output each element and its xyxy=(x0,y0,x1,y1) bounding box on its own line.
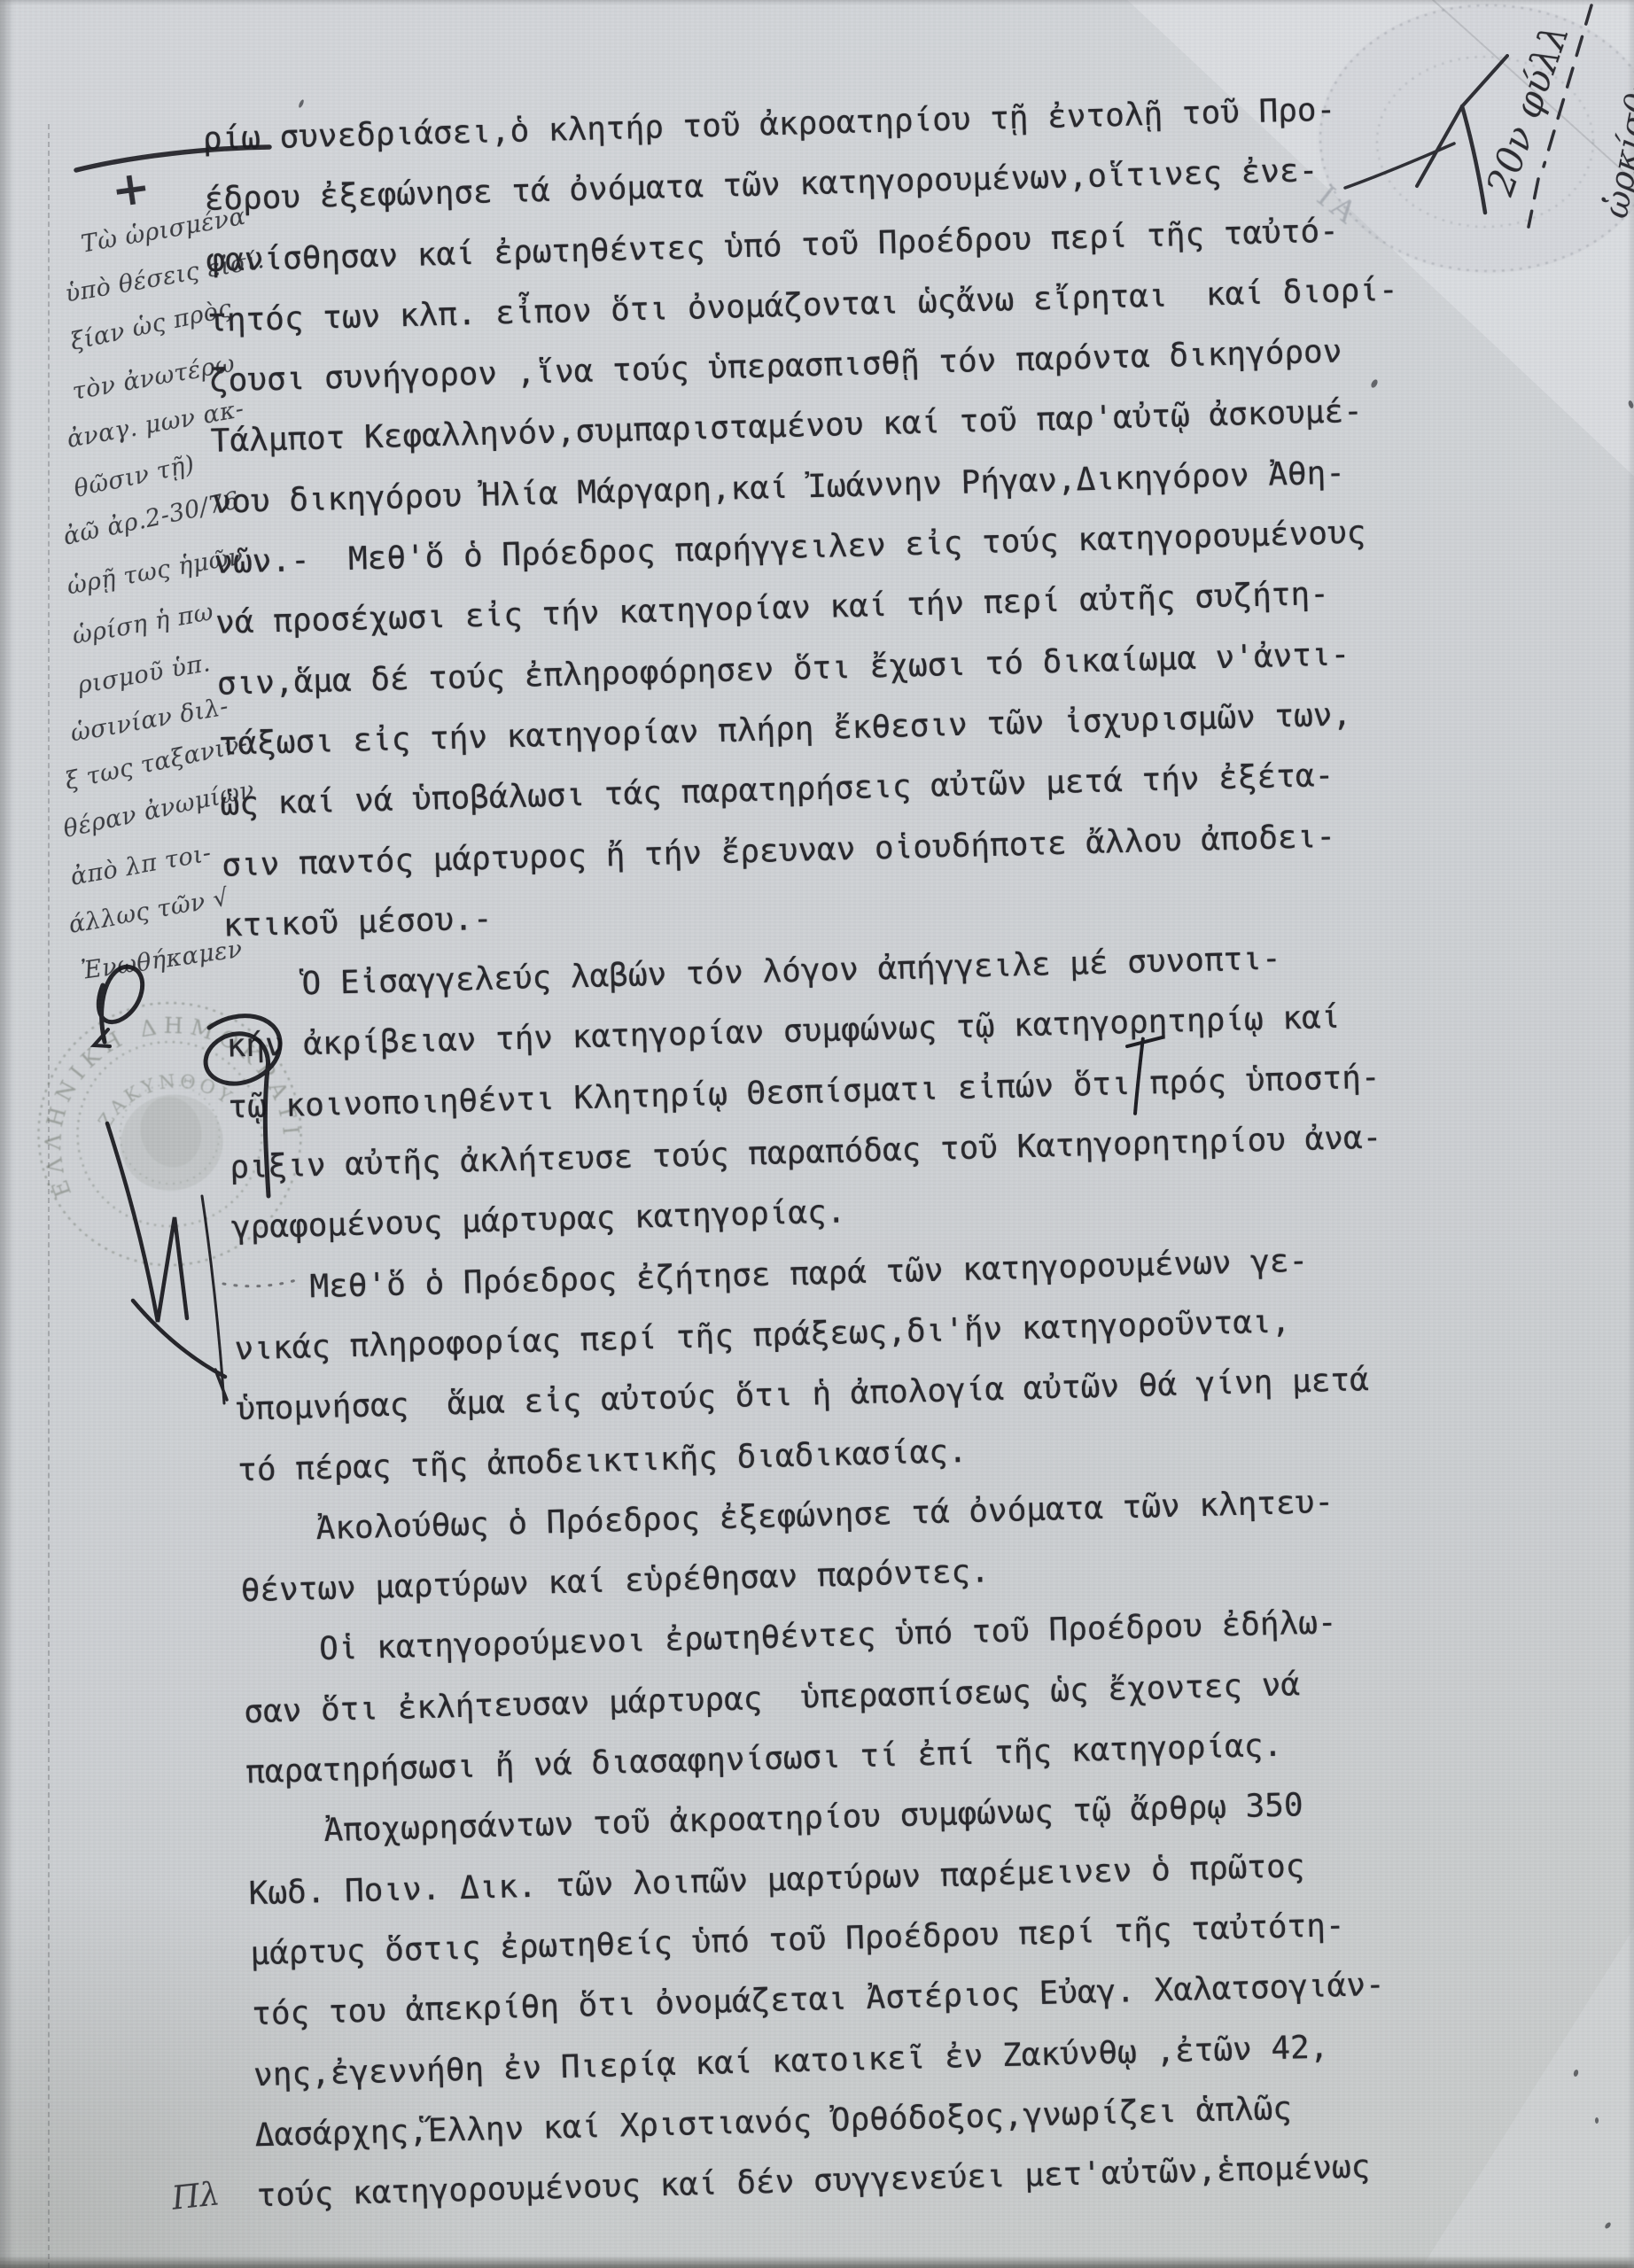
sworn-note: ὡρκίσθη xyxy=(1599,71,1634,221)
page-edge-shadow-bottom xyxy=(0,2256,1634,2268)
margin-note-line: ὡρίση ἡ πω xyxy=(70,599,215,649)
sheet-number-note: 20ν φύλλ xyxy=(1482,19,1575,199)
ink-speck xyxy=(1628,400,1634,408)
fold-line xyxy=(48,124,50,2268)
document-scan: ΕΛΛΗΝΙΚΗ ΔΗΜΟΚΡΑΤΙΑ ΖΑΚΥΝΘΟΥ ΙΑ ρίω συνε… xyxy=(0,0,1634,2268)
bottom-left-mark: Πλ xyxy=(170,2179,222,2215)
margin-note-line: Ἐνωθήκαμεν xyxy=(80,936,245,985)
margin-note-line: ὡσινίαν διλ- xyxy=(68,694,230,748)
page-edge-shadow-top xyxy=(0,0,1634,5)
ink-speck xyxy=(1573,2069,1579,2077)
page-edge-shadow-left xyxy=(0,0,14,2268)
margin-note-line: άλλως τῶν √ xyxy=(66,884,230,938)
ink-speck xyxy=(1595,2117,1599,2124)
margin-cross-mark: + xyxy=(109,164,153,215)
margin-note-line: θῶσιν τῇ) xyxy=(72,452,198,503)
margin-note-line: ρισμοῦ ὑπ. xyxy=(75,650,212,700)
page-edge-shadow-right xyxy=(1627,0,1634,2268)
seal-inner-text: ΖΑΚΥΝΘΟΥ xyxy=(87,1054,242,1141)
typewritten-text: ρίω συνεδριάσει,ὁ κλητήρ τοῦ ἀκροατηρίου… xyxy=(202,77,1515,2227)
svg-text:ΖΑΚΥΝΘΟΥ: ΖΑΚΥΝΘΟΥ xyxy=(87,1054,242,1141)
insertion-caret-mark xyxy=(1122,1031,1170,1117)
margin-note-line: ἀπὸ λπ τοι- xyxy=(68,840,213,890)
ink-speck xyxy=(1604,2221,1612,2229)
